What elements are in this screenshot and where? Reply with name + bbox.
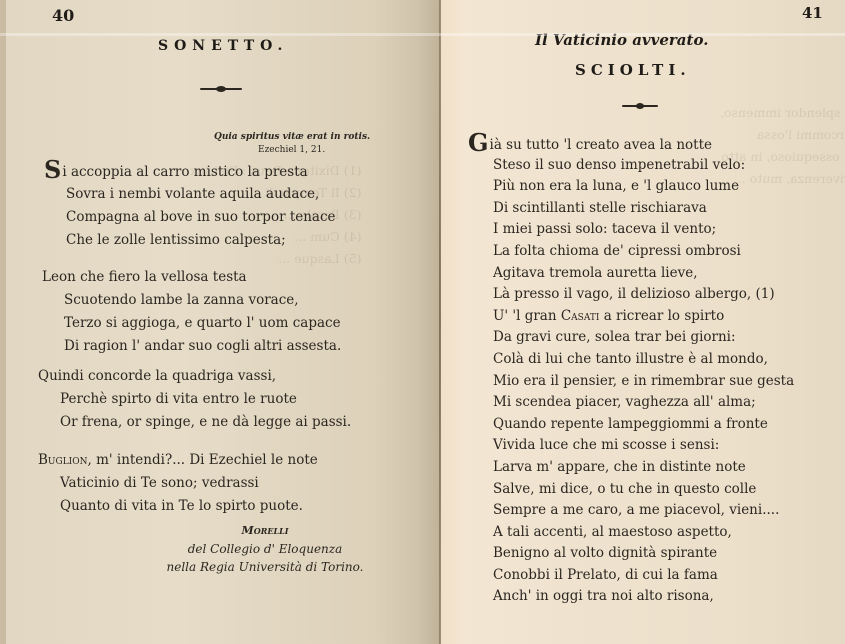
page-number: 40 — [52, 6, 74, 25]
verse-line: Sempre a me caro, a me piacevol, vieni..… — [468, 500, 794, 522]
name-smallcaps: Casati — [561, 308, 600, 324]
verse-line: Leon che fiero la vellosa testa — [42, 266, 341, 289]
verse-line: Da gravi cure, solea trar bei giorni: — [468, 327, 794, 349]
verse-line: Buglion, m' intendi?... Di Ezechiel le n… — [38, 449, 318, 472]
ornament-divider-icon — [622, 103, 658, 109]
verse-line: Già su tutto 'l creato avea la notte — [468, 133, 794, 155]
stanza-2: Leon che fiero la vellosa testa Scuotend… — [42, 266, 341, 358]
drop-cap: S — [44, 155, 61, 184]
verse-line: Quando repente lampeggiommi a fronte — [468, 414, 794, 436]
verse-line: Che le zolle lentissimo calpesta; — [44, 229, 336, 252]
verse-line: Quindi concorde la quadriga vassi, — [38, 365, 351, 388]
author-affiliation: del Collegio d' Eloquenza — [150, 540, 380, 558]
verse-line: Salve, mi dice, o tu che in questo colle — [468, 479, 794, 501]
verse-line: Vivida luce che mi scosse i sensi: — [468, 435, 794, 457]
verse-line: Agitava tremola auretta lieve, — [468, 263, 794, 285]
verse-line: Conobbi il Prelato, di cui la fama — [468, 565, 794, 587]
page-number: 41 — [802, 4, 823, 22]
verse-line: Là presso il vago, il delizioso albergo,… — [468, 284, 794, 306]
ornament-divider-icon — [200, 86, 242, 92]
verse-line: Terzo si aggioga, e quarto l' uom capace — [42, 312, 341, 335]
verse-line: La folta chioma de' cipressi ombrosi — [468, 241, 794, 263]
author-institution: nella Regia Università di Torino. — [150, 558, 380, 576]
verse-line: Di scintillanti stelle rischiarava — [468, 198, 794, 220]
section-heading: SONETTO. — [158, 38, 288, 54]
epigraph-quote: Quia spiritus vitæ erat in rotis. — [214, 132, 370, 142]
name-smallcaps: Buglion — [38, 452, 87, 468]
author-signature: Morelli del Collegio d' Eloquenza nella … — [150, 522, 380, 576]
verse-line: Compagna al bove in suo torpor tenace — [44, 206, 336, 229]
author-name: Morelli — [150, 522, 380, 540]
verse-line: Scuotendo lambe la zanna vorace, — [42, 289, 341, 312]
verse-line: Vaticinio di Te sono; vedrassi — [38, 472, 318, 495]
page-edge — [0, 0, 6, 644]
epigraph-reference: Ezechiel 1, 21. — [258, 145, 325, 155]
verse-line: Sovra i nembi volante aquila audace, — [44, 183, 336, 206]
drop-cap: G — [468, 128, 489, 157]
verse-line: Benigno al volto dignità spirante — [468, 543, 794, 565]
book-spread: (1) Dixitque Deus : Fiat lux (2) Il Temp… — [0, 0, 845, 644]
verse-line: Quanto di vita in Te lo spirto puote. — [38, 495, 318, 518]
verse-line: Larva m' appare, che in distinte note — [468, 457, 794, 479]
verse-line: Steso il suo denso impenetrabil velo: — [468, 155, 794, 177]
verse-line: Perchè spirto di vita entro le ruote — [38, 388, 351, 411]
verse-line: Di ragion l' andar suo cogli altri asses… — [42, 335, 341, 358]
stanza-3: Quindi concorde la quadriga vassi, Perch… — [38, 365, 351, 434]
stanza-4: Buglion, m' intendi?... Di Ezechiel le n… — [38, 449, 318, 518]
verse-line: U' 'l gran Casati a ricrear lo spirto — [468, 306, 794, 328]
left-page: (1) Dixitque Deus : Fiat lux (2) Il Temp… — [0, 0, 440, 644]
poem-body: Già su tutto 'l creato avea la notte Ste… — [468, 133, 794, 608]
verse-line: Mi scendea piacer, vaghezza all' alma; — [468, 392, 794, 414]
verse-line: Or frena, or spinge, e ne dà legge ai pa… — [38, 411, 351, 434]
stanza-1: Si accoppia al carro mistico la presta S… — [44, 160, 336, 252]
verse-line: Più non era la luna, e 'l glauco lume — [468, 176, 794, 198]
verse-line: I miei passi solo: taceva il vento; — [468, 219, 794, 241]
verse-line: Anch' in oggi tra noi alto risona, — [468, 586, 794, 608]
verse-line: Mio era il pensier, e in rimembrar sue g… — [468, 371, 794, 393]
verse-line: A tali accenti, al maestoso aspetto, — [468, 522, 794, 544]
verse-line: Si accoppia al carro mistico la presta — [44, 160, 336, 183]
scan-artifact — [0, 33, 845, 36]
verse-line: Colà di lui che tanto illustre è al mond… — [468, 349, 794, 371]
book-gutter — [439, 0, 441, 644]
section-heading: SCIOLTI. — [575, 61, 691, 79]
